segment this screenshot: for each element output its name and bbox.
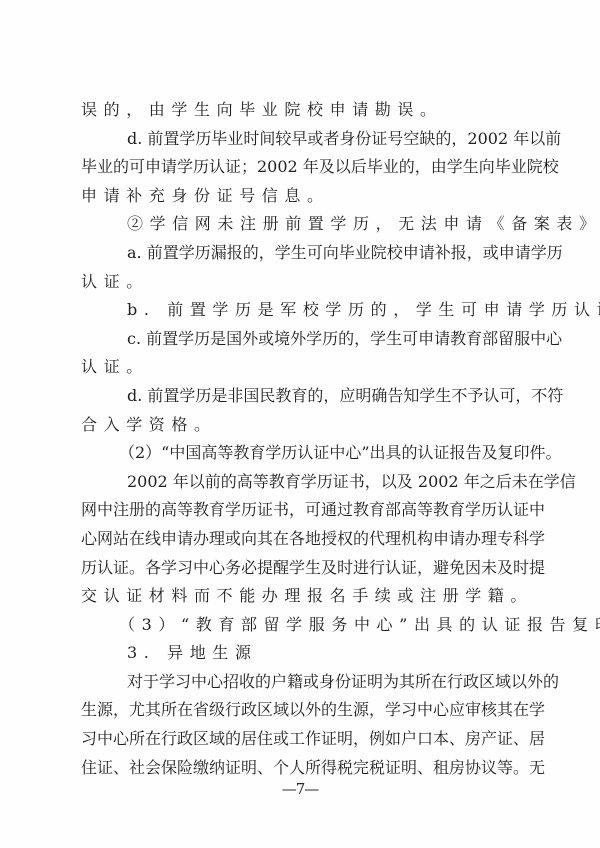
text-line: d. 前置学历毕业时间较早或者身份证号空缺的，2002 年以前	[81, 125, 521, 154]
text-line: 住证、社会保险缴纳证明、个人所得税完税证明、租房协议等。无	[81, 754, 521, 783]
text-line: 习中心所在行政区域的居住或工作证明，例如户口本、房产证、居	[81, 725, 521, 754]
text-line: 误的，由学生向毕业院校申请勘误。	[81, 96, 521, 125]
text-line: 毕业的可申请学历认证；2002 年及以后毕业的，由学生向毕业院校	[81, 153, 521, 182]
body-text: 误的，由学生向毕业院校申请勘误。 d. 前置学历毕业时间较早或者身份证号空缺的，…	[81, 96, 521, 782]
text-line: 网中注册的高等教育学历证书，可通过教育部高等教育学历认证中	[81, 496, 521, 525]
text-line: d. 前置学历是非国民教育的，应明确告知学生不予认可，不符	[81, 382, 521, 411]
text-line: 申请补充身份证号信息。	[81, 182, 521, 211]
text-line: 生源，尤其所在省级行政区域以外的生源，学习中心应审核其在学	[81, 696, 521, 725]
text-line: 历认证。各学习中心务必提醒学生及时进行认证，避免因未及时提	[81, 554, 521, 583]
text-line: b. 前置学历是军校学历的，学生可申请学历认证。	[81, 296, 521, 325]
text-line: 交认证材料而不能办理报名手续或注册学籍。	[81, 582, 521, 611]
text-line: c. 前置学历是国外或境外学历的，学生可申请教育部留服中心	[81, 325, 521, 354]
section-heading: （2）“中国高等教育学历认证中心”出具的认证报告及复印件。	[81, 439, 521, 468]
text-line: 认证。	[81, 353, 521, 382]
text-line: ②学信网未注册前置学历，无法申请《备案表》的：	[81, 210, 521, 239]
document-page: 误的，由学生向毕业院校申请勘误。 d. 前置学历毕业时间较早或者身份证号空缺的，…	[0, 0, 600, 848]
text-line: 心网站在线申请办理或向其在各地授权的代理机构申请办理专科学	[81, 525, 521, 554]
section-heading: 3. 异地生源	[81, 639, 521, 668]
text-line: 对于学习中心招收的户籍或身份证明为其所在行政区域以外的	[81, 668, 521, 697]
text-line: a. 前置学历漏报的，学生可向毕业院校申请补报，或申请学历	[81, 239, 521, 268]
text-line: 合入学资格。	[81, 411, 521, 440]
text-line: 认证。	[81, 268, 521, 297]
text-line: 2002 年以前的高等教育学历证书，以及 2002 年之后未在学信	[81, 468, 521, 497]
page-number: —7—	[0, 780, 600, 798]
section-heading: （3）“教育部留学服务中心”出具的认证报告复印件。	[81, 611, 521, 640]
